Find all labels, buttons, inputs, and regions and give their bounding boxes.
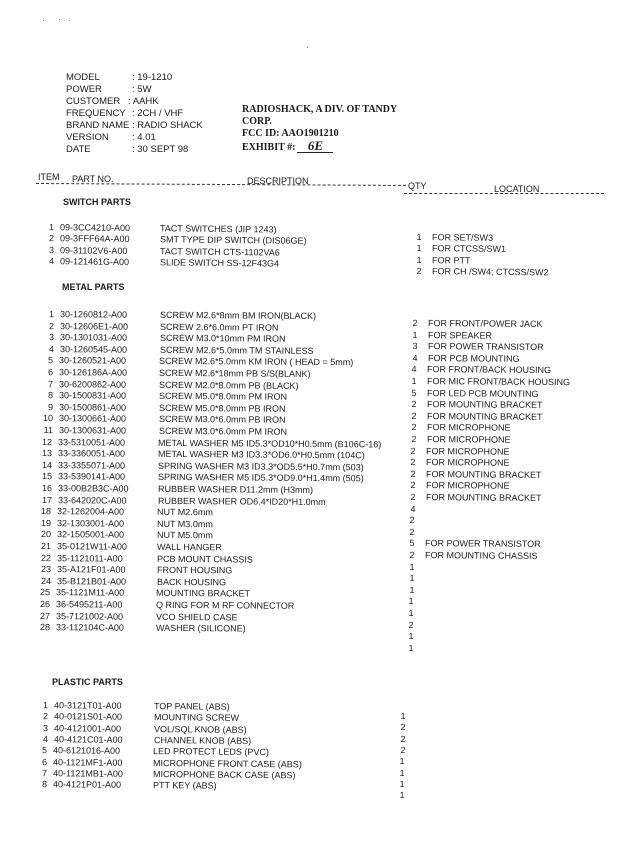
item-number: 21 xyxy=(33,541,51,551)
table-row: 830-1500831-A00SCREW M5.0*8.0mm PM IRON xyxy=(35,390,287,402)
field-label: POWER xyxy=(66,84,132,96)
item-number: 2 xyxy=(36,233,54,243)
qty-location: 1 xyxy=(398,711,416,721)
quantity: 1 xyxy=(397,779,407,789)
location: FOR LED PCB MOUNTING xyxy=(427,388,539,399)
table-row: 930-1500861-A00SCREW M5.0*8.0mm PB IRON xyxy=(35,402,286,414)
item-number: 4 xyxy=(30,734,48,744)
location: FOR MOUNTING CHASSIS xyxy=(425,550,538,561)
part-description: SCREW M2.6*5.0mm TM STAINLESS xyxy=(160,345,314,356)
table-row: 1733-642020C-A00RUBBER WASHER OD6.4*ID20… xyxy=(34,495,326,507)
table-row: 2636-5495211-A00Q RING FOR M RF CONNECTO… xyxy=(32,599,294,611)
part-number: 40-4121P01-A00 xyxy=(53,779,143,790)
exhibit-handwritten-value: 6E xyxy=(297,140,333,153)
part-number: 33-5310051-A00 xyxy=(58,437,148,448)
part-number: 40-1121MB1-A00 xyxy=(53,768,143,779)
table-row: 1433-3355071-A00SPRING WASHER M3 ID3.3*O… xyxy=(34,460,364,472)
item-number: 15 xyxy=(34,471,52,481)
qty-location: 1FOR CTCSS/SW1 xyxy=(414,243,506,254)
part-number: 33-642020C-A00 xyxy=(58,495,148,506)
part-description: NUT M2.6mm xyxy=(157,507,213,517)
item-number: 2 xyxy=(36,321,54,331)
part-description: BACK HOUSING xyxy=(157,577,226,587)
table-row: 2335-A121F01-A00FRONT HOUSING xyxy=(33,564,232,575)
part-description: MOUNTING SCREW xyxy=(154,712,239,723)
item-number: 8 xyxy=(35,390,53,400)
part-description: SCREW M3.0*6.0mm PB IRON xyxy=(159,414,286,425)
quantity: 1 xyxy=(407,573,417,583)
qty-location: 1 xyxy=(407,573,425,583)
qty-location: 1 xyxy=(406,643,424,653)
qty-location: 1 xyxy=(407,562,425,572)
part-description: SMT TYPE DIP SWITCH (DIS06GE) xyxy=(160,235,307,247)
part-number: 35-1121M11-A00 xyxy=(56,588,146,599)
item-number: 8 xyxy=(29,779,47,789)
quantity: 1 xyxy=(397,768,407,778)
field-label: BRAND NAME xyxy=(66,120,132,132)
qty-location: 4FOR FRONT/BACK HOUSING xyxy=(409,364,551,375)
part-number: 33-112104C-A00 xyxy=(56,622,146,633)
location: FOR MOUNTING BRACKET xyxy=(426,492,542,503)
quantity: 1 xyxy=(410,330,420,340)
item-number: 25 xyxy=(32,587,50,597)
part-number: 09-121461G-A00 xyxy=(59,256,149,267)
quantity: 2 xyxy=(408,469,418,479)
part-number: 32-1505001-A00 xyxy=(57,530,147,541)
qty-location: 2FOR MICROPHONE xyxy=(408,480,510,491)
quantity: 2 xyxy=(409,411,419,421)
qty-location: 1FOR MIC FRONT/BACK HOUSING xyxy=(409,376,570,387)
table-row: 1233-5310051-A00METAL WASHER M5 ID5.3*OD… xyxy=(34,437,381,449)
part-number: 09-3CC4210-A00 xyxy=(60,222,150,233)
table-row: 840-4121P01-A00PTT KEY (ABS) xyxy=(29,779,217,791)
table-row: 1832-1262004-A00NUT M2.6mm xyxy=(33,506,213,517)
item-number: 19 xyxy=(33,518,51,528)
part-description: SCREW M2.6*8mm BM IRON(BLACK) xyxy=(160,310,316,321)
item-number: 5 xyxy=(29,745,47,755)
item-number: 1 xyxy=(36,222,54,232)
item-number: 4 xyxy=(35,256,53,266)
quantity: 2 xyxy=(407,550,417,560)
quantity: 1 xyxy=(398,711,408,721)
part-number: 09-31102V6-A00 xyxy=(60,245,150,256)
table-row: 540-6121016-A00LED PROTECT LEDS (PVC) xyxy=(29,745,269,757)
qty-location: 2 xyxy=(406,620,424,630)
part-number: 33-00B2B3C-A00 xyxy=(58,483,148,494)
quantity: 2 xyxy=(410,318,420,328)
part-number: 36-5495211-A00 xyxy=(56,599,146,610)
exhibit: EXHIBIT #:6E xyxy=(242,140,397,154)
table-row: 2535-1121M11-A00MOUNTING BRACKET xyxy=(32,587,250,599)
quantity: 1 xyxy=(406,596,416,606)
qty-location: 4FOR PCB MOUNTING xyxy=(410,353,520,364)
quantity: 1 xyxy=(406,631,416,641)
part-number: 33-3355071-A00 xyxy=(58,460,148,471)
part-number: 40-0121S01-A00 xyxy=(54,712,144,723)
company-block: RADIOSHACK, A DIV. OF TANDY CORP. FCC ID… xyxy=(242,104,397,154)
part-description: PTT KEY (ABS) xyxy=(153,780,217,791)
part-number: 40-4121C01-A00 xyxy=(54,734,144,745)
part-description: SCREW 2.6*6.0mm PT IRON xyxy=(160,321,278,332)
table-row: 730-6200862-A00SCREW M2.0*8.0mm PB (BLAC… xyxy=(35,379,299,391)
part-number: 33-3360051-A00 xyxy=(58,448,148,459)
quantity: 2 xyxy=(398,745,408,755)
part-number: 35-B121B01-A00 xyxy=(57,576,147,587)
part-description: NUT M3.0mm xyxy=(157,519,213,529)
qty-location: 3FOR POWER TRANSISTOR xyxy=(410,341,544,352)
part-description: TOP PANEL (ABS) xyxy=(154,701,230,712)
item-number: 23 xyxy=(33,564,51,574)
header-field-frequency: FREQUENCY: 2CH / VHF xyxy=(66,108,203,120)
part-description: PCB MOUNT CHASSIS xyxy=(157,553,253,564)
part-number: 32-1262004-A00 xyxy=(57,506,147,517)
table-row: 330-1301031-A00SCREW M3.0*10mm PM IRON xyxy=(36,332,286,344)
location: FOR MOUNTING BRACKET xyxy=(426,469,542,480)
part-number: 30-6200862-A00 xyxy=(59,379,149,390)
part-description: SCREW M5.0*8.0mm PB IRON xyxy=(159,403,286,414)
table-row: 2435-B121B01-A00BACK HOUSING xyxy=(33,576,226,587)
item-number: 22 xyxy=(33,553,51,563)
qty-location: 2 xyxy=(407,515,425,525)
table-row: 1533-5390141-A00SPRING WASHER M5 ID5.3*O… xyxy=(34,471,364,483)
table-row: 1130-1300631-A00SCREW M3.0*6.0mm PM IRON xyxy=(34,425,286,437)
header-rule xyxy=(36,183,406,186)
qty-location: 2FOR FRONT/POWER JACK xyxy=(410,318,543,329)
location: FOR POWER TRANSISTOR xyxy=(428,341,544,352)
quantity: 2 xyxy=(409,422,419,432)
part-number: 35-A121F01-A00 xyxy=(57,564,147,575)
part-number: 40-3121T01-A00 xyxy=(54,700,144,711)
location: FOR MIC FRONT/BACK HOUSING xyxy=(427,376,570,387)
part-number: 30-1260521-A00 xyxy=(59,356,149,367)
part-description: SPRING WASHER M5 ID5.3*OD9.0*H1.4mm (505… xyxy=(158,472,364,483)
field-value: : AAHK xyxy=(128,96,159,108)
part-number: 30-1500831-A00 xyxy=(59,390,149,401)
item-number: 18 xyxy=(33,506,51,516)
field-label: MODEL xyxy=(66,72,132,84)
table-row: 130-1260812-A00SCREW M2.6*8mm BM IRON(BL… xyxy=(36,309,316,321)
quantity: 2 xyxy=(409,399,419,409)
part-description: MOUNTING BRACKET xyxy=(156,588,250,599)
field-value: : 30 SEPT 98 xyxy=(132,144,188,156)
part-number: 30-126186A-A00 xyxy=(59,367,149,378)
field-label: CUSTOMER xyxy=(66,96,128,108)
part-description: FRONT HOUSING xyxy=(157,565,232,576)
qty-location: 2FOR MOUNTING BRACKET xyxy=(409,411,543,422)
quantity: 1 xyxy=(397,756,407,766)
part-description: SCREW M3.0*6.0mm PM IRON xyxy=(158,426,286,437)
qty-location: 2FOR MOUNTING BRACKET xyxy=(408,469,542,480)
qty-location: 2 xyxy=(398,722,416,732)
part-description: TACT SWITCH CTS-1102VA6 xyxy=(160,246,280,257)
item-number: 13 xyxy=(34,448,52,458)
item-number: 1 xyxy=(36,309,54,319)
part-number: 40-6121016-A00 xyxy=(53,745,143,756)
part-description: METAL WASHER M5 ID5.3*OD10*H0.5mm (B106C… xyxy=(158,437,381,449)
location: FOR CTCSS/SW1 xyxy=(432,243,506,254)
part-number: 30-1301031-A00 xyxy=(60,332,150,343)
table-row: 1633-00B2B3C-A00RUBBER WASHER D11.2mm (H… xyxy=(34,483,313,495)
item-number: 3 xyxy=(30,723,48,733)
field-value: : 2CH / VHF xyxy=(132,108,183,120)
location: FOR MOUNTING BRACKET xyxy=(427,411,543,422)
qty-location: 1 xyxy=(397,779,415,789)
scan-speck xyxy=(69,20,70,21)
item-number: 24 xyxy=(33,576,51,586)
part-description: SLIDE SWITCH SS-12F43G4 xyxy=(159,257,278,268)
quantity: 1 xyxy=(409,376,419,386)
field-value: : 19-1210 xyxy=(132,72,172,84)
part-description: VOL/SQL KNOB (ABS) xyxy=(154,724,247,735)
table-row: 2833-112104C-A00WASHER (SILICONE) xyxy=(32,622,246,633)
item-number: 10 xyxy=(35,413,53,423)
part-description: WALL HANGER xyxy=(157,542,222,552)
col-qty: QTY xyxy=(408,181,427,191)
qty-location: 5FOR POWER TRANSISTOR xyxy=(407,538,541,549)
part-number: 30-1300631-A00 xyxy=(58,425,148,436)
part-description: LED PROTECT LEDS (PVC) xyxy=(153,746,269,757)
item-number: 27 xyxy=(32,611,50,621)
quantity: 4 xyxy=(410,353,420,363)
header-field-version: VERSION: 4.01 xyxy=(66,132,203,144)
quantity: 2 xyxy=(398,722,408,732)
part-description: METAL WASHER M3 ID3.3*OD6.0*H0.5mm (104C… xyxy=(158,449,365,460)
part-number: 30-1300661-A00 xyxy=(59,414,149,425)
location: FOR CH /SW4; CTCSS/SW2 xyxy=(431,266,548,277)
scan-speck xyxy=(307,47,308,48)
quantity: 3 xyxy=(410,341,420,351)
qty-location: 2FOR CH /SW4; CTCSS/SW2 xyxy=(413,266,548,277)
qty-location: 1 xyxy=(406,631,424,641)
part-number: 32-1303001-A00 xyxy=(57,518,147,529)
quantity: 4 xyxy=(409,364,419,374)
qty-location: 2FOR MICROPHONE xyxy=(408,434,510,445)
part-number: 35-7121002-A00 xyxy=(56,611,146,622)
part-description: SCREW M3.0*10mm PM IRON xyxy=(160,333,286,344)
part-description: SCREW M2.6*18mm PB S/S(BLANK) xyxy=(159,368,311,379)
quantity: 2 xyxy=(413,266,423,276)
table-row: 740-1121MB1-A00MICROPHONE BACK CASE (ABS… xyxy=(29,768,296,780)
table-row: 340-4121001-A00VOL/SQL KNOB (ABS) xyxy=(30,723,247,735)
table-row: 140-3121T01-A00TOP PANEL (ABS) xyxy=(30,700,230,712)
qty-location: 1 xyxy=(406,596,424,606)
table-row: 1030-1300661-A00SCREW M3.0*6.0mm PB IRON xyxy=(35,413,286,425)
table-row: 2235-1121011-A00PCB MOUNT CHASSIS xyxy=(33,553,253,565)
quantity: 5 xyxy=(407,538,417,548)
col-item: ITEM xyxy=(38,172,60,182)
table-row: 409-121461G-A00SLIDE SWITCH SS-12F43G4 xyxy=(35,256,278,269)
quantity: 1 xyxy=(414,255,424,265)
item-number: 20 xyxy=(33,529,51,539)
location: FOR SPEAKER xyxy=(428,330,492,340)
quantity: 4 xyxy=(408,504,418,514)
section-title: METAL PARTS xyxy=(62,282,125,292)
quantity: 2 xyxy=(398,734,408,744)
item-number: 11 xyxy=(34,425,52,435)
quantity: 2 xyxy=(408,492,418,502)
quantity: 1 xyxy=(407,585,417,595)
qty-location: 1 xyxy=(397,790,415,800)
table-row: 230-12606E1-A00SCREW 2.6*6.0mm PT IRON xyxy=(36,321,278,333)
table-row: 530-1260521-A00SCREW M2.6*5.0mm KM IRON … xyxy=(35,355,353,367)
quantity: 2 xyxy=(408,446,418,456)
part-number: 09-3FFF64A-A00 xyxy=(60,234,150,245)
company-name: RADIOSHACK, A DIV. OF TANDY xyxy=(242,104,397,116)
part-number: 30-1500861-A00 xyxy=(59,402,149,413)
item-number: 2 xyxy=(30,711,48,721)
header-field-customer: CUSTOMER: AAHK xyxy=(66,96,203,108)
part-description: CHANNEL KNOB (ABS) xyxy=(153,735,250,746)
part-number: 30-1260812-A00 xyxy=(60,309,150,320)
item-number: 9 xyxy=(35,402,53,412)
location: FOR FRONT/POWER JACK xyxy=(428,318,543,329)
header-field-model: MODEL: 19-1210 xyxy=(66,72,203,84)
quantity: 2 xyxy=(408,480,418,490)
qty-location: 2FOR MICROPHONE xyxy=(408,457,510,468)
table-row: 2032-1505001-A00NUT M5.0mm xyxy=(33,529,213,540)
part-description: TACT SWITCHES (JIP 1243) xyxy=(160,223,277,234)
item-number: 12 xyxy=(34,437,52,447)
item-number: 16 xyxy=(34,483,52,493)
header-field-power: POWER: 5W xyxy=(66,84,203,96)
table-row: 1333-3360051-A00METAL WASHER M3 ID3.3*OD… xyxy=(34,448,365,460)
item-number: 4 xyxy=(36,344,54,354)
field-value: : RADIO SHACK xyxy=(132,120,203,132)
qty-location: 2FOR MOUNTING BRACKET xyxy=(408,492,542,503)
quantity: 2 xyxy=(406,620,416,630)
part-number: 35-0121W11-A00 xyxy=(57,541,147,552)
item-number: 6 xyxy=(35,367,53,377)
table-row: 209-3FFF64A-A00SMT TYPE DIP SWITCH (DIS0… xyxy=(36,233,307,246)
qty-location: 1FOR SPEAKER xyxy=(410,330,492,341)
exhibit-label: EXHIBIT #: xyxy=(242,142,295,153)
header-field-brand: BRAND NAME: RADIO SHACK xyxy=(66,120,203,132)
qty-location: 1FOR PTT xyxy=(414,255,471,266)
field-value: : 5W xyxy=(132,84,152,96)
table-row: 630-126186A-A00SCREW M2.6*18mm PB S/S(BL… xyxy=(35,367,311,379)
qty-location: 2FOR MOUNTING BRACKET xyxy=(409,399,543,410)
header-field-date: DATE: 30 SEPT 98 xyxy=(66,144,203,156)
location: FOR MOUNTING BRACKET xyxy=(427,399,543,410)
location: FOR PCB MOUNTING xyxy=(428,353,520,364)
location: FOR MICROPHONE xyxy=(426,434,510,445)
part-description: MICROPHONE BACK CASE (ABS) xyxy=(153,769,296,780)
qty-location: 2FOR MICROPHONE xyxy=(408,446,510,457)
part-description: SCREW M2.6*5.0mm KM IRON ( HEAD = 5mm) xyxy=(159,356,353,367)
part-number: 30-12606E1-A00 xyxy=(60,321,150,332)
table-row: 2135-0121W11-A00WALL HANGER xyxy=(33,541,222,552)
section-title: SWITCH PARTS xyxy=(63,197,131,207)
table-row: 2735-7121002-A00VCO SHIELD CASE xyxy=(32,611,238,622)
item-number: 17 xyxy=(34,495,52,505)
table-row: 440-4121C01-A00CHANNEL KNOB (ABS) xyxy=(30,734,251,746)
qty-location: 2FOR MOUNTING CHASSIS xyxy=(407,550,538,561)
qty-location: 2 xyxy=(398,734,416,744)
quantity: 1 xyxy=(406,608,416,618)
header-fields: MODEL: 19-1210 POWER: 5W CUSTOMER: AAHK … xyxy=(66,72,203,156)
section-title: PLASTIC PARTS xyxy=(52,677,123,687)
location: FOR SET/SW3 xyxy=(432,232,493,243)
location: FOR MICROPHONE xyxy=(426,457,510,468)
part-description: MICROPHONE FRONT CASE (ABS) xyxy=(153,758,302,769)
item-number: 7 xyxy=(35,379,53,389)
part-description: SPRING WASHER M3 ID3.3*OD5.5*H0.7mm (503… xyxy=(158,461,364,472)
item-number: 14 xyxy=(34,460,52,470)
field-label: DATE xyxy=(66,144,132,156)
quantity: 1 xyxy=(414,232,424,242)
qty-location: 4 xyxy=(408,504,426,514)
qty-location: 1 xyxy=(406,608,424,618)
location: FOR MICROPHONE xyxy=(426,481,510,492)
table-row: 640-1121MF1-A00MICROPHONE FRONT CASE (AB… xyxy=(29,757,302,769)
table-row: 309-31102V6-A00TACT SWITCH CTS-1102VA6 xyxy=(36,245,280,258)
location: FOR MICROPHONE xyxy=(427,423,511,434)
field-value: : 4.01 xyxy=(132,132,156,144)
part-description: SCREW M5.0*8.0mm PM IRON xyxy=(159,391,287,402)
item-number: 26 xyxy=(32,599,50,609)
item-number: 3 xyxy=(36,332,54,342)
item-number: 1 xyxy=(30,700,48,710)
item-number: 6 xyxy=(29,757,47,767)
quantity: 1 xyxy=(414,243,424,253)
qty-location: 1 xyxy=(397,768,415,778)
header-rule-right xyxy=(404,193,604,194)
part-description: WASHER (SILICONE) xyxy=(156,623,246,634)
item-number: 7 xyxy=(29,768,47,778)
location: FOR FRONT/BACK HOUSING xyxy=(427,365,551,376)
quantity: 2 xyxy=(407,515,417,525)
qty-location: 1FOR SET/SW3 xyxy=(414,232,493,243)
part-description: RUBBER WASHER OD6.4*ID20*H1.0mm xyxy=(158,495,326,506)
qty-location: 2 xyxy=(398,745,416,755)
part-number: 30-1260545-A00 xyxy=(60,344,150,355)
table-row: 240-0121S01-A00MOUNTING SCREW xyxy=(30,711,239,723)
item-number: 28 xyxy=(32,622,50,632)
part-number: 40-1121MF1-A00 xyxy=(53,757,143,768)
scan-speck xyxy=(59,19,60,20)
quantity: 1 xyxy=(397,790,407,800)
part-number: 35-1121011-A00 xyxy=(57,553,147,564)
quantity: 2 xyxy=(408,434,418,444)
part-number: 40-4121001-A00 xyxy=(54,723,144,734)
qty-location: 5FOR LED PCB MOUNTING xyxy=(409,388,539,399)
location: FOR PTT xyxy=(432,255,471,265)
location: FOR POWER TRANSISTOR xyxy=(425,539,541,550)
table-row: 430-1260545-A00SCREW M2.6*5.0mm TM STAIN… xyxy=(36,344,314,356)
item-number: 3 xyxy=(36,245,54,255)
part-description: VCO SHIELD CASE xyxy=(156,611,238,622)
qty-location: 2 xyxy=(407,527,425,537)
quantity: 5 xyxy=(409,388,419,398)
part-description: SCREW M2.0*8.0mm PB (BLACK) xyxy=(159,379,299,390)
quantity: 2 xyxy=(407,527,417,537)
company-name-cont: CORP. xyxy=(242,116,397,128)
field-label: FREQUENCY xyxy=(66,108,132,120)
part-description: NUT M5.0mm xyxy=(157,530,213,540)
scan-speck xyxy=(43,20,44,21)
location: FOR MICROPHONE xyxy=(426,446,510,457)
quantity: 2 xyxy=(408,457,418,467)
quantity: 1 xyxy=(406,643,416,653)
part-description: RUBBER WASHER D11.2mm (H3mm) xyxy=(158,484,313,495)
table-row: 1932-1303001-A00NUT M3.0mm xyxy=(33,518,213,529)
qty-location: 1 xyxy=(407,585,425,595)
qty-location: 2FOR MICROPHONE xyxy=(409,422,511,433)
part-number: 33-5390141-A00 xyxy=(58,472,148,483)
part-description: Q RING FOR M RF CONNECTOR xyxy=(156,600,294,611)
quantity: 1 xyxy=(407,562,417,572)
field-label: VERSION xyxy=(66,132,132,144)
